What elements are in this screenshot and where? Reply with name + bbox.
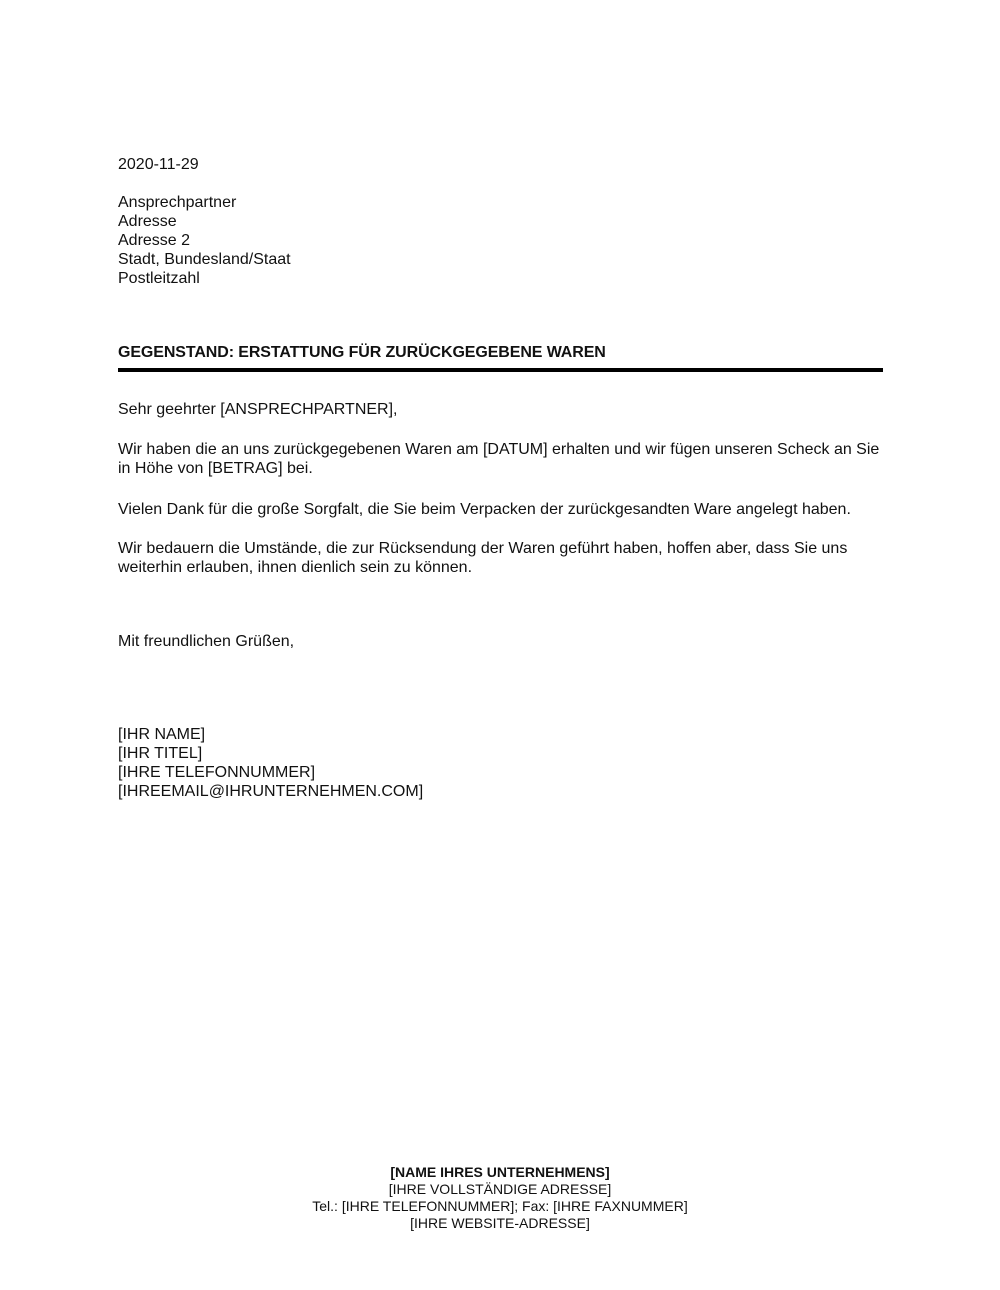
- body-paragraph: Vielen Dank für die große Sorgfalt, die …: [118, 500, 888, 519]
- body-paragraph: Wir bedauern die Umstände, die zur Rücks…: [118, 539, 888, 577]
- salutation: Sehr geehrter [ANSPRECHPARTNER],: [118, 400, 888, 419]
- subject-divider: [118, 368, 883, 372]
- closing: Mit freundlichen Grüßen,: [118, 632, 888, 651]
- signature-block: [IHR NAME] [IHR TITEL] [IHRE TELEFONNUMM…: [118, 725, 423, 801]
- recipient-contact: Ansprechpartner: [118, 193, 291, 212]
- body-paragraph: Wir haben die an uns zurückgegebenen War…: [118, 440, 888, 478]
- signature-name: [IHR NAME]: [118, 725, 423, 744]
- recipient-address-line-2: Adresse 2: [118, 231, 291, 250]
- recipient-city-state: Stadt, Bundesland/Staat: [118, 250, 291, 269]
- footer-contact: Tel.: [IHRE TELEFONNUMMER]; Fax: [IHRE F…: [0, 1198, 1000, 1215]
- signature-phone: [IHRE TELEFONNUMMER]: [118, 763, 423, 782]
- recipient-postal-code: Postleitzahl: [118, 269, 291, 288]
- letter-page: 2020-11-29 Ansprechpartner Adresse Adres…: [0, 0, 1000, 1290]
- footer-company-name: [NAME IHRES UNTERNEHMENS]: [0, 1164, 1000, 1181]
- signature-email: [IHREEMAIL@IHRUNTERNEHMEN.COM]: [118, 782, 423, 801]
- subject-line: GEGENSTAND: ERSTATTUNG FÜR ZURÜCKGEGEBEN…: [118, 343, 606, 362]
- signature-title: [IHR TITEL]: [118, 744, 423, 763]
- letterhead-footer: [NAME IHRES UNTERNEHMENS] [IHRE VOLLSTÄN…: [0, 1164, 1000, 1232]
- letter-date: 2020-11-29: [118, 155, 199, 174]
- footer-address: [IHRE VOLLSTÄNDIGE ADRESSE]: [0, 1181, 1000, 1198]
- recipient-address-line-1: Adresse: [118, 212, 291, 231]
- footer-website: [IHRE WEBSITE-ADRESSE]: [0, 1215, 1000, 1232]
- recipient-address: Ansprechpartner Adresse Adresse 2 Stadt,…: [118, 193, 291, 288]
